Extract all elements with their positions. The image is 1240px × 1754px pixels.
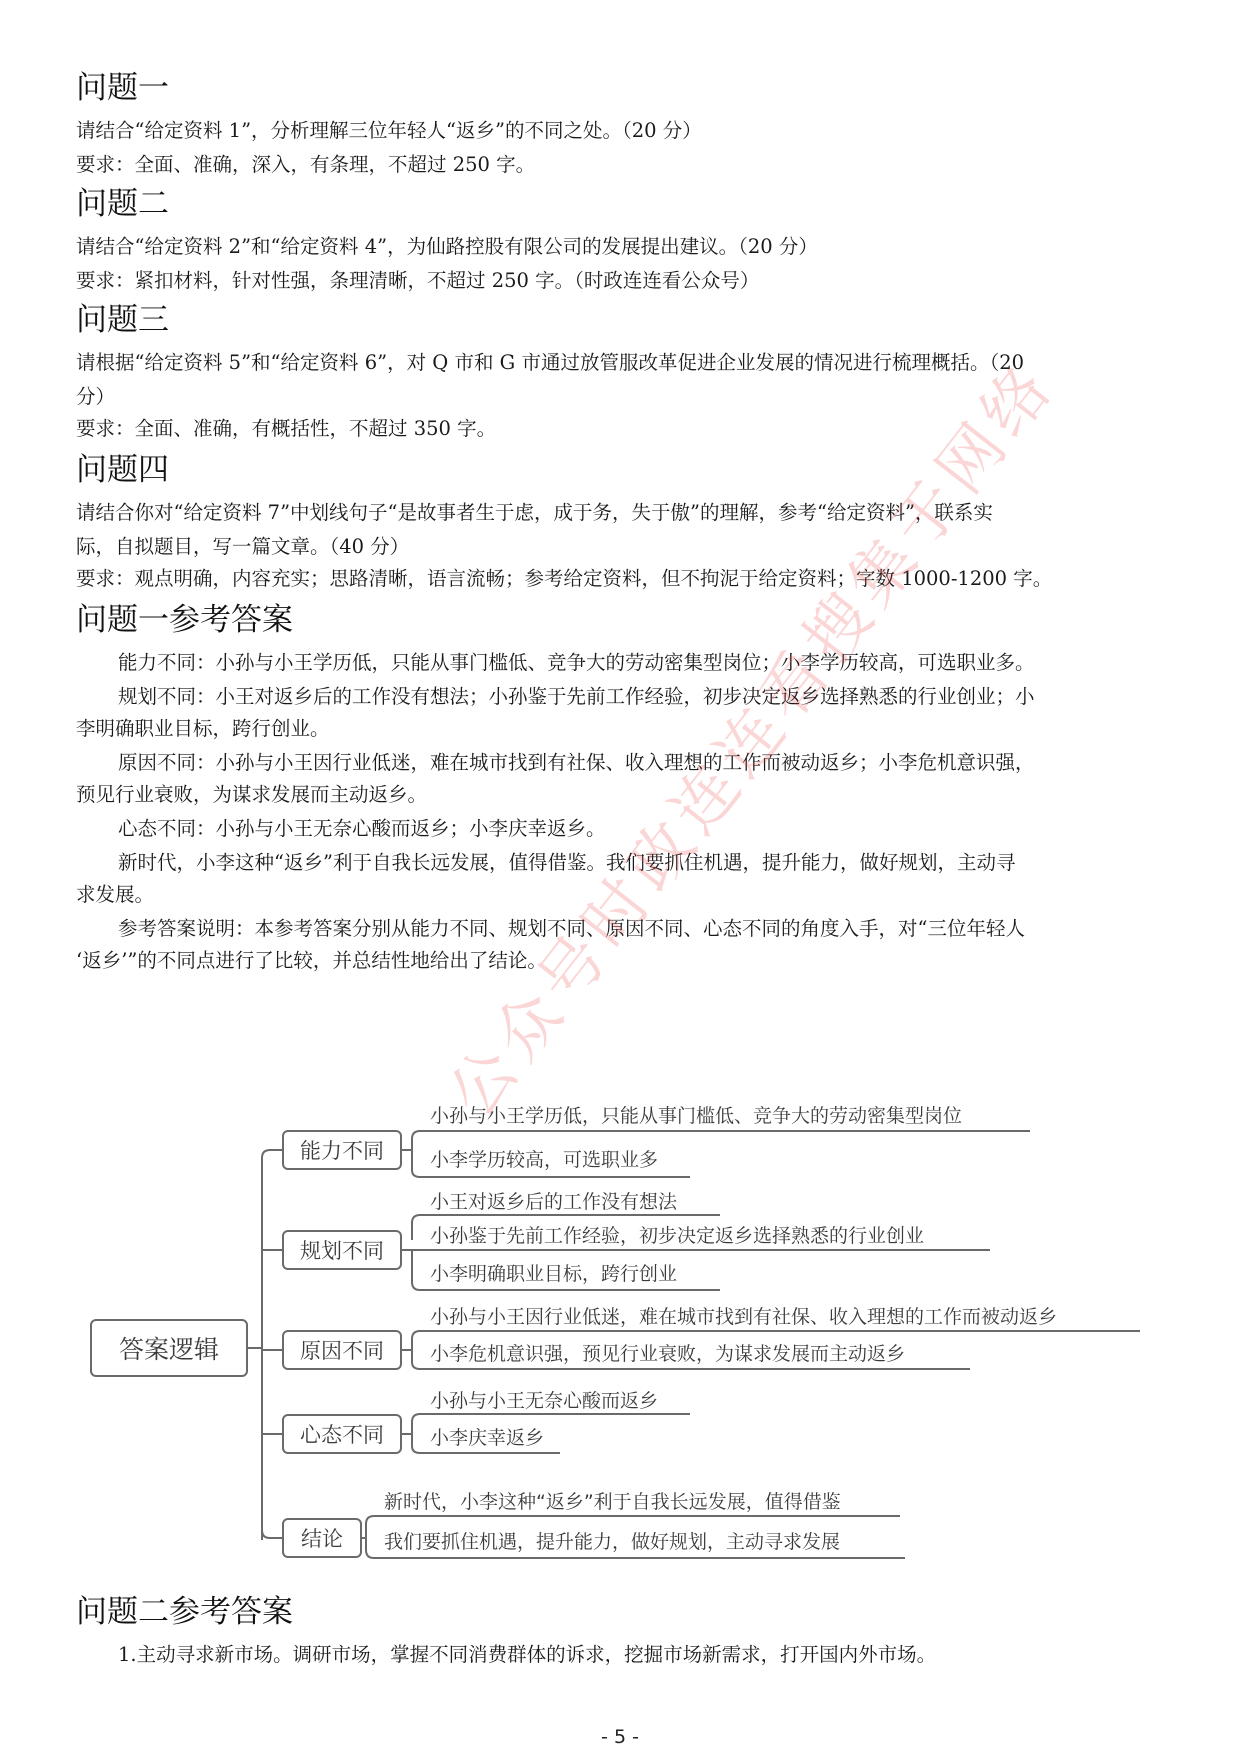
answer-1-line: 能力不同：小孙与小王学历低，只能从事门槛低、竞争大的劳动密集型岗位；小李学历较高…	[118, 650, 1035, 676]
question-3-requirement: 要求：全面、准确，有概括性，不超过 350 字。	[76, 416, 496, 442]
question-3-prompt-line1: 请根据“给定资料 5”和“给定资料 6”，对 Q 市和 G 市通过放管服改革促进…	[76, 350, 1024, 376]
mindmap-root-node: 答案逻辑	[90, 1319, 248, 1377]
answer-1-line: 李明确职业目标，跨行创业。	[76, 716, 330, 742]
answer-1-line: 心态不同：小孙与小王无奈心酸而返乡；小李庆幸返乡。	[118, 816, 606, 842]
question-2-title: 问题二	[76, 184, 169, 224]
mindmap-branch-reason: 原因不同	[282, 1330, 402, 1370]
answer-2-line: 1.主动寻求新市场。调研市场，掌握不同消费群体的诉求，挖掘市场新需求，打开国内外…	[118, 1642, 936, 1668]
answer-1-line: 预见行业衰败，为谋求发展而主动返乡。	[76, 782, 427, 808]
mindmap-leaf: 小李庆幸返乡	[430, 1426, 544, 1450]
mindmap-leaf: 小李危机意识强，预见行业衰败，为谋求发展而主动返乡	[430, 1342, 905, 1366]
question-1-prompt: 请结合“给定资料 1”，分析理解三位年轻人“返乡”的不同之处。（20 分）	[76, 118, 702, 144]
question-4-prompt-line1: 请结合你对“给定资料 7”中划线句子“是故事者生于虑，成于务，失于傲”的理解，参…	[76, 500, 993, 526]
answer-1-title: 问题一参考答案	[76, 600, 293, 640]
mindmap-leaf: 小孙与小王因行业低迷，难在城市找到有社保、收入理想的工作而被动返乡	[430, 1305, 1057, 1329]
question-2-prompt: 请结合“给定资料 2”和“给定资料 4”，为仙路控股有限公司的发展提出建议。（2…	[76, 234, 818, 260]
mindmap-branch-mindset: 心态不同	[282, 1414, 402, 1454]
question-3-title: 问题三	[76, 300, 169, 340]
answer-1-line: ‘返乡’”的不同点进行了比较，并总结性地给出了结论。	[76, 948, 547, 974]
mindmap-leaf: 我们要抓住机遇，提升能力，做好规划，主动寻求发展	[384, 1530, 840, 1554]
mindmap-leaf: 小孙与小王学历低，只能从事门槛低、竞争大的劳动密集型岗位	[430, 1104, 962, 1128]
mindmap-branch-conclusion: 结论	[282, 1518, 362, 1558]
mindmap-leaf: 小孙与小王无奈心酸而返乡	[430, 1389, 658, 1413]
question-2-requirement: 要求：紧扣材料，针对性强，条理清晰，不超过 250 字。（时政连连看公众号）	[76, 268, 759, 294]
question-1-title: 问题一	[76, 68, 169, 108]
page-number: - 5 -	[0, 1726, 1240, 1748]
watermark-text: 公众号时政连连看搜集于网络	[424, 339, 1073, 1133]
document-page: 问题一 请结合“给定资料 1”，分析理解三位年轻人“返乡”的不同之处。（20 分…	[0, 0, 1240, 1754]
mindmap-branch-ability: 能力不同	[282, 1130, 402, 1170]
question-4-prompt-line2: 际，自拟题目，写一篇文章。（40 分）	[76, 534, 409, 560]
question-4-requirement: 要求：观点明确，内容充实；思路清晰，语言流畅；参考给定资料，但不拘泥于给定资料；…	[76, 566, 1052, 592]
question-4-title: 问题四	[76, 450, 169, 490]
mindmap-leaf: 小孙鉴于先前工作经验，初步决定返乡选择熟悉的行业创业	[430, 1224, 924, 1248]
answer-1-line: 原因不同：小孙与小王因行业低迷，难在城市找到有社保、收入理想的工作而被动返乡；小…	[118, 750, 1035, 776]
answer-logic-mindmap: 答案逻辑 能力不同 规划不同 原因不同 心态不同 结论 小孙与小王学历低，只能从…	[0, 0, 1240, 1754]
answer-1-line: 求发展。	[76, 882, 154, 908]
mindmap-connectors	[0, 0, 1240, 1754]
answer-2-title: 问题二参考答案	[76, 1592, 293, 1632]
answer-1-line: 新时代，小李这种“返乡”利于自我长远发展，值得借鉴。我们要抓住机遇，提升能力，做…	[118, 850, 1015, 876]
mindmap-branch-planning: 规划不同	[282, 1230, 402, 1270]
mindmap-leaf: 小李学历较高，可选职业多	[430, 1148, 658, 1172]
mindmap-leaf: 新时代，小李这种“返乡”利于自我长远发展，值得借鉴	[384, 1490, 841, 1514]
answer-1-line: 规划不同：小王对返乡后的工作没有想法；小孙鉴于先前工作经验，初步决定返乡选择熟悉…	[118, 684, 1035, 710]
answer-1-line: 参考答案说明：本参考答案分别从能力不同、规划不同、原因不同、心态不同的角度入手，…	[118, 916, 1025, 942]
mindmap-leaf: 小王对返乡后的工作没有想法	[430, 1190, 677, 1214]
question-1-requirement: 要求：全面、准确，深入，有条理，不超过 250 字。	[76, 152, 535, 178]
question-3-prompt-line2: 分）	[76, 384, 115, 410]
mindmap-leaf: 小李明确职业目标，跨行创业	[430, 1262, 677, 1286]
